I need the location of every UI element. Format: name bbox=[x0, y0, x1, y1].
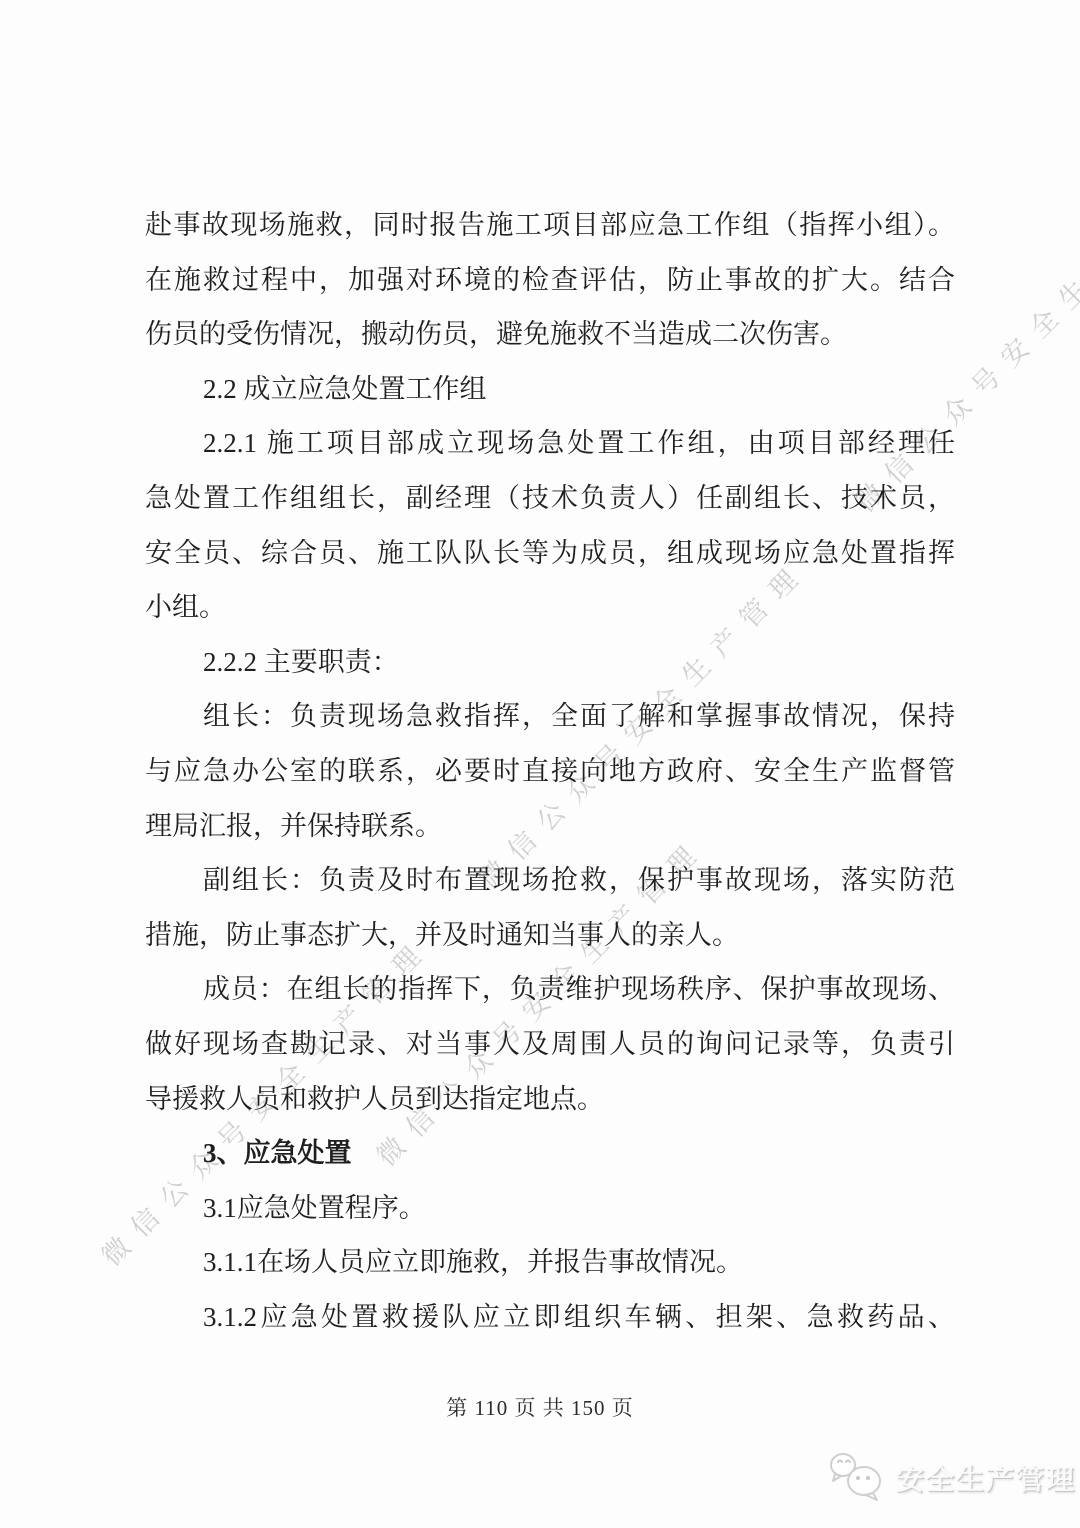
text-line: 赴事故现场施救，同时报告施工项目部应急工作组（指挥小组）。 bbox=[145, 198, 955, 253]
text-line: 小组。 bbox=[145, 580, 955, 635]
document-page: 微信公众号安全生产管理 微信公众号安全生产管理 微信公众号安全生产管理 微信公众… bbox=[0, 0, 1080, 1528]
text-line: 2.2.2 主要职责： bbox=[145, 635, 955, 690]
text-line: 组长：负责现场急救指挥，全面了解和掌握事故情况，保持 bbox=[145, 689, 955, 744]
document-body: 赴事故现场施救，同时报告施工项目部应急工作组（指挥小组）。在施救过程中，加强对环… bbox=[145, 198, 955, 1344]
text-line: 2.2.1 施工项目部成立现场急处置工作组，由项目部经理任 bbox=[145, 416, 955, 471]
text-line: 与应急办公室的联系，必要时直接向地方政府、安全生产监督管 bbox=[145, 744, 955, 799]
page-number-footer: 第 110 页 共 150 页 bbox=[0, 1392, 1080, 1422]
text-line: 副组长：负责及时布置现场抢救，保护事故现场，落实防范 bbox=[145, 853, 955, 908]
text-line: 在施救过程中，加强对环境的检查评估，防止事故的扩大。结合 bbox=[145, 253, 955, 308]
text-line: 措施，防止事态扩大，并及时通知当事人的亲人。 bbox=[145, 908, 955, 963]
text-line: 理局汇报，并保持联系。 bbox=[145, 799, 955, 854]
brand-name: 安全生产管理 bbox=[896, 1458, 1076, 1498]
text-line: 伤员的受伤情况，搬动伤员，避免施救不当造成二次伤害。 bbox=[145, 307, 955, 362]
text-line: 做好现场查勘记录、对当事人及周围人员的询问记录等，负责引 bbox=[145, 1017, 955, 1072]
text-line: 3.1应急处置程序。 bbox=[145, 1181, 955, 1236]
text-line: 导援救人员和救护人员到达指定地点。 bbox=[145, 1072, 955, 1127]
text-line: 成员：在组长的指挥下，负责维护现场秩序、保护事故现场、 bbox=[145, 962, 955, 1017]
text-line: 3、应急处置 bbox=[145, 1126, 955, 1181]
text-line: 2.2 成立应急处置工作组 bbox=[145, 362, 955, 417]
text-line: 3.1.1在场人员应立即施救，并报告事故情况。 bbox=[145, 1235, 955, 1290]
text-line: 急处置工作组组长，副经理（技术负责人）任副组长、技术员， bbox=[145, 471, 955, 526]
brand-logo: 安全生产管理 bbox=[828, 1450, 1076, 1506]
text-line: 3.1.2应急处置救援队应立即组织车辆、担架、急救药品、 bbox=[145, 1290, 955, 1345]
wechat-bubbles-icon bbox=[828, 1450, 886, 1506]
text-line: 安全员、综合员、施工队队长等为成员，组成现场应急处置指挥 bbox=[145, 526, 955, 581]
